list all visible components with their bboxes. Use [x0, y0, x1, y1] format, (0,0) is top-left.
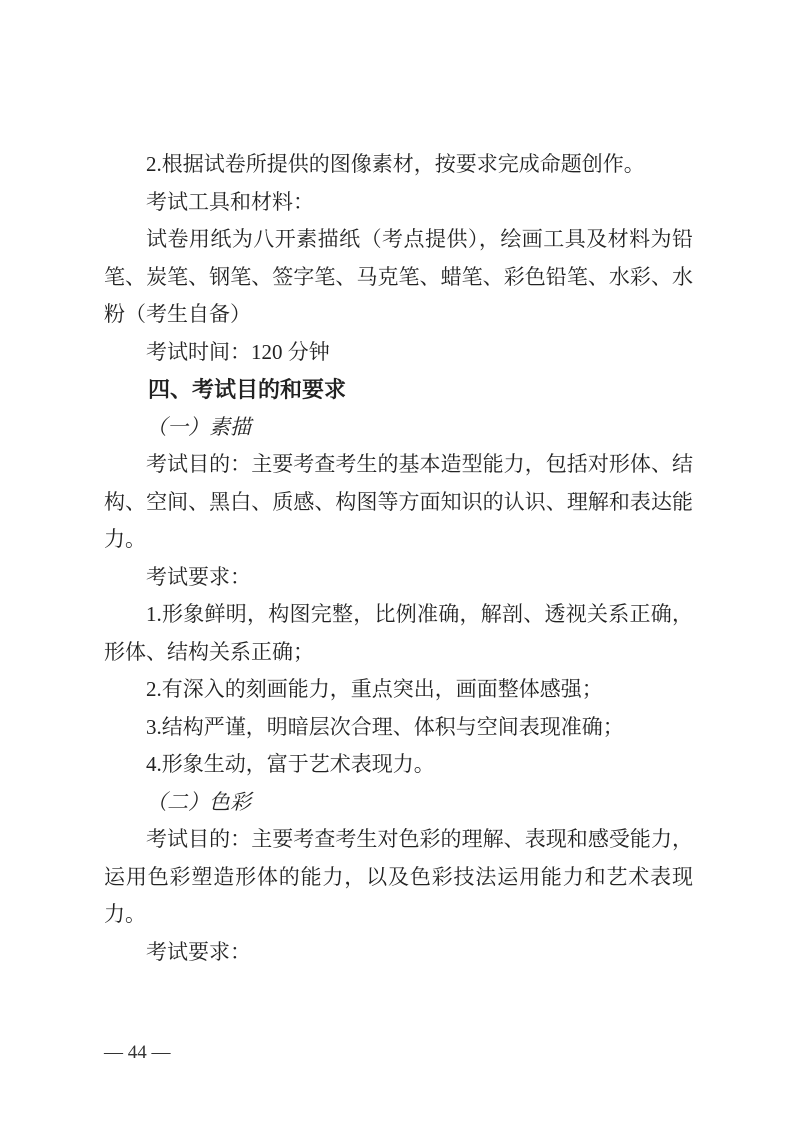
document-body: 2.根据试卷所提供的图像素材，按要求完成命题创作。 考试工具和材料： 试卷用纸为… [104, 146, 693, 971]
paragraph-tools-label: 考试工具和材料： [104, 184, 693, 222]
section-heading-exam-purpose: 四、考试目的和要求 [104, 371, 693, 409]
paragraph-sketch-requirement-3: 3.结构严谨，明暗层次合理、体积与空间表现准确； [104, 709, 693, 747]
paragraph-sketch-requirement-1: 1.形象鲜明，构图完整，比例准确，解剖、透视关系正确，形体、结构关系正确； [104, 596, 693, 671]
page-number: — 44 — [104, 1042, 171, 1064]
paragraph-sketch-requirement-4: 4.形象生动，富于艺术表现力。 [104, 746, 693, 784]
paragraph-sketch-requirements-label: 考试要求： [104, 559, 693, 597]
subsection-heading-sketch: （一）素描 [104, 409, 693, 447]
paragraph-color-requirements-label: 考试要求： [104, 934, 693, 972]
paragraph-tools-detail: 试卷用纸为八开素描纸（考点提供），绘画工具及材料为铅笔、炭笔、钢笔、签字笔、马克… [104, 221, 693, 334]
subsection-heading-color: （二）色彩 [104, 784, 693, 822]
document-page: 2.根据试卷所提供的图像素材，按要求完成命题创作。 考试工具和材料： 试卷用纸为… [0, 0, 794, 1123]
paragraph-sketch-requirement-2: 2.有深入的刻画能力，重点突出，画面整体感强； [104, 671, 693, 709]
paragraph-item2-task: 2.根据试卷所提供的图像素材，按要求完成命题创作。 [104, 146, 693, 184]
paragraph-exam-duration: 考试时间：120 分钟 [104, 334, 693, 372]
paragraph-color-purpose: 考试目的：主要考查考生对色彩的理解、表现和感受能力，运用色彩塑造形体的能力，以及… [104, 821, 693, 934]
paragraph-sketch-purpose: 考试目的：主要考查考生的基本造型能力，包括对形体、结构、空间、黑白、质感、构图等… [104, 446, 693, 559]
